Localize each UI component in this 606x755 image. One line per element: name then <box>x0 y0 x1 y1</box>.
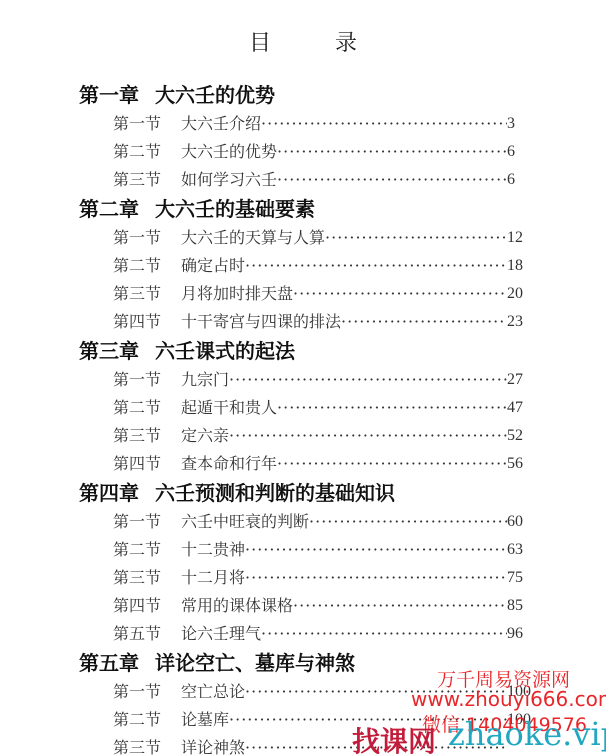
page-number: 75 <box>507 564 529 592</box>
dot-leader <box>293 592 507 620</box>
dot-leader <box>325 224 507 252</box>
chapter-title: 六壬课式的起法 <box>155 339 295 363</box>
section-number: 第三节 <box>113 166 181 194</box>
dot-leader <box>293 280 507 308</box>
chapter-number: 第二章 <box>79 194 155 224</box>
chapter-title: 大六壬的优势 <box>155 83 275 107</box>
toc-entry[interactable]: 第二节起遁干和贵人47 <box>79 394 529 422</box>
toc-entry[interactable]: 第三节定六亲52 <box>79 422 529 450</box>
chapter-title: 六壬预测和判断的基础知识 <box>155 481 395 505</box>
chapter-number: 第五章 <box>79 648 155 678</box>
section-number: 第四节 <box>113 450 181 478</box>
chapter-title: 详论空亡、墓库与神煞 <box>155 651 355 675</box>
dot-leader <box>277 394 507 422</box>
section-title: 查本命和行年 <box>181 450 277 478</box>
section-title: 九宗门 <box>181 366 229 394</box>
page-number: 6 <box>507 138 529 166</box>
section-title: 大六壬介绍 <box>181 110 261 138</box>
table-of-contents: 第一章大六壬的优势 第一节大六壬介绍3 第二节大六壬的优势6 第三节如何学习六壬… <box>79 80 529 755</box>
section-title: 月将加时排天盘 <box>181 280 293 308</box>
section-number: 第五节 <box>113 620 181 648</box>
toc-entry[interactable]: 第二节确定占时18 <box>79 252 529 280</box>
toc-entry[interactable]: 第五节论六壬理气96 <box>79 620 529 648</box>
toc-entry[interactable]: 第一节大六壬的天算与人算12 <box>79 224 529 252</box>
section-title: 如何学习六壬 <box>181 166 277 194</box>
section-title: 六壬中旺衰的判断 <box>181 508 309 536</box>
chapter-title: 大六壬的基础要素 <box>155 197 315 221</box>
section-title: 十二贵神 <box>181 536 245 564</box>
dot-leader <box>277 166 507 194</box>
section-title: 十二月将 <box>181 564 245 592</box>
section-number: 第二节 <box>113 394 181 422</box>
page-number: 63 <box>507 536 529 564</box>
page-number: 52 <box>507 422 529 450</box>
dot-leader <box>261 620 507 648</box>
dot-leader <box>245 564 507 592</box>
section-number: 第一节 <box>113 508 181 536</box>
dot-leader <box>229 366 507 394</box>
page-number: 23 <box>507 308 529 336</box>
section-title: 常用的课体课格 <box>181 592 293 620</box>
dot-leader <box>245 252 507 280</box>
chapter-heading[interactable]: 第三章六壬课式的起法 <box>79 336 529 366</box>
watermark-brand-en: zhaoke.vip <box>448 715 606 753</box>
toc-entry[interactable]: 第一节九宗门27 <box>79 366 529 394</box>
section-title: 论墓库 <box>181 706 229 734</box>
toc-entry[interactable]: 第二节大六壬的优势6 <box>79 138 529 166</box>
dot-leader <box>341 308 507 336</box>
page-number: 96 <box>507 620 529 648</box>
section-title: 详论神煞 <box>181 734 245 755</box>
page-number: 20 <box>507 280 529 308</box>
section-title: 大六壬的优势 <box>181 138 277 166</box>
chapter-heading[interactable]: 第一章大六壬的优势 <box>79 80 529 110</box>
chapter-number: 第四章 <box>79 478 155 508</box>
dot-leader <box>277 138 507 166</box>
title-char-right: 录 <box>335 26 357 57</box>
toc-entry[interactable]: 第二节十二贵神63 <box>79 536 529 564</box>
toc-entry[interactable]: 第三节月将加时排天盘20 <box>79 280 529 308</box>
toc-entry[interactable]: 第四节十干寄宫与四课的排法23 <box>79 308 529 336</box>
section-number: 第三节 <box>113 734 181 755</box>
dot-leader <box>309 508 507 536</box>
dot-leader <box>229 422 507 450</box>
section-title: 论六壬理气 <box>181 620 261 648</box>
section-number: 第一节 <box>113 678 181 706</box>
page-number: 85 <box>507 592 529 620</box>
section-number: 第三节 <box>113 422 181 450</box>
page-number: 3 <box>507 110 529 138</box>
section-title: 十干寄宫与四课的排法 <box>181 308 341 336</box>
section-number: 第三节 <box>113 564 181 592</box>
chapter-heading[interactable]: 第二章大六壬的基础要素 <box>79 194 529 224</box>
section-number: 第二节 <box>113 252 181 280</box>
section-number: 第四节 <box>113 308 181 336</box>
toc-entry[interactable]: 第三节十二月将75 <box>79 564 529 592</box>
toc-entry[interactable]: 第一节大六壬介绍3 <box>79 110 529 138</box>
toc-entry[interactable]: 第一节六壬中旺衰的判断60 <box>79 508 529 536</box>
page-number: 56 <box>507 450 529 478</box>
toc-entry[interactable]: 第三节如何学习六壬6 <box>79 166 529 194</box>
section-number: 第二节 <box>113 138 181 166</box>
section-title: 大六壬的天算与人算 <box>181 224 325 252</box>
page-number: 60 <box>507 508 529 536</box>
section-title: 空亡总论 <box>181 678 245 706</box>
chapter-heading[interactable]: 第四章六壬预测和判断的基础知识 <box>79 478 529 508</box>
section-number: 第二节 <box>113 706 181 734</box>
section-number: 第一节 <box>113 110 181 138</box>
title-char-left: 目 <box>249 26 271 57</box>
section-title: 确定占时 <box>181 252 245 280</box>
page-title: 目录 <box>0 26 606 57</box>
page-number: 18 <box>507 252 529 280</box>
chapter-number: 第一章 <box>79 80 155 110</box>
section-number: 第一节 <box>113 366 181 394</box>
watermark-brand-cn: 找课网 <box>352 720 436 755</box>
section-title: 起遁干和贵人 <box>181 394 277 422</box>
section-number: 第四节 <box>113 592 181 620</box>
watermark-url: www.zhouyi666.com <box>411 687 606 711</box>
page-number: 27 <box>507 366 529 394</box>
dot-leader <box>261 110 507 138</box>
section-number: 第三节 <box>113 280 181 308</box>
section-title: 定六亲 <box>181 422 229 450</box>
dot-leader <box>245 536 507 564</box>
dot-leader <box>277 450 507 478</box>
section-number: 第二节 <box>113 536 181 564</box>
page-number: 6 <box>507 166 529 194</box>
section-number: 第一节 <box>113 224 181 252</box>
page-number: 12 <box>507 224 529 252</box>
page-number: 47 <box>507 394 529 422</box>
toc-entry[interactable]: 第四节查本命和行年56 <box>79 450 529 478</box>
toc-entry[interactable]: 第四节常用的课体课格85 <box>79 592 529 620</box>
chapter-number: 第三章 <box>79 336 155 366</box>
